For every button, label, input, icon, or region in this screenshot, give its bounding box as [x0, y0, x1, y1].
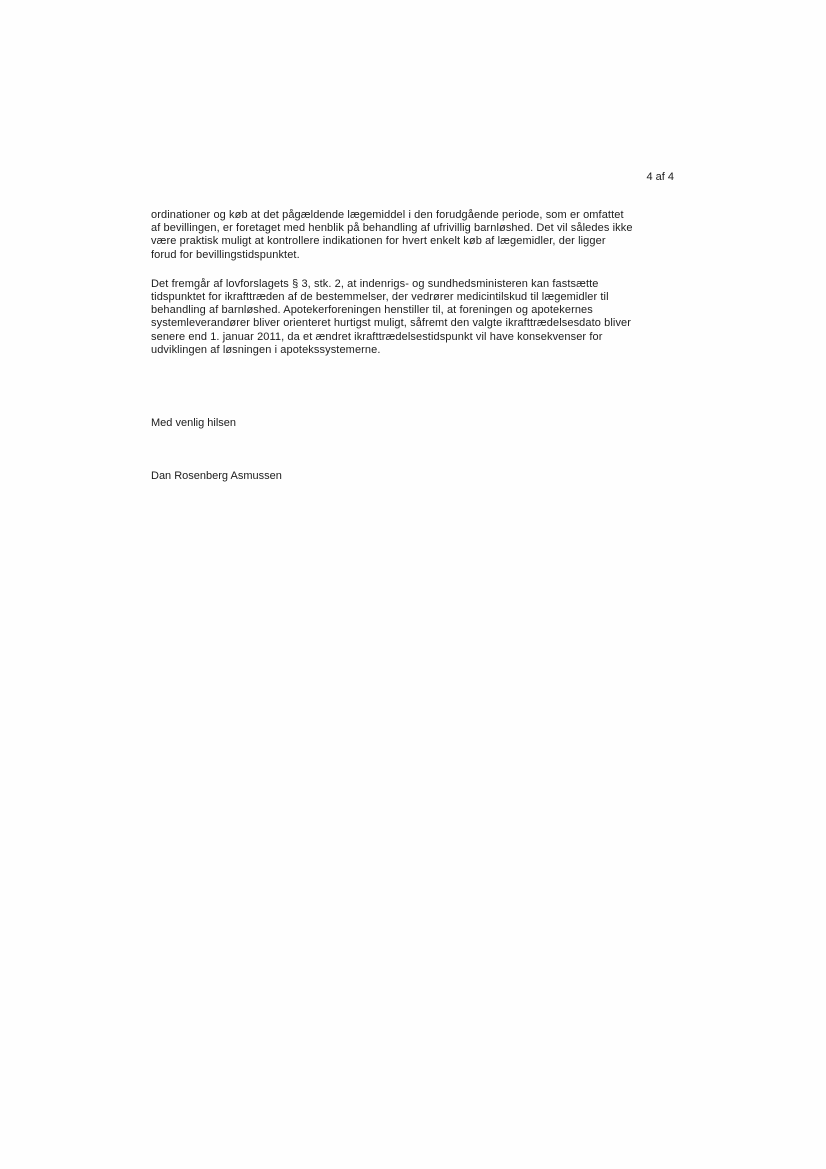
- paragraph: ordinationer og køb at det pågældende læ…: [151, 209, 683, 262]
- scanned-letter-page: 4 af 4 ordinationer og køb at det pågæld…: [0, 0, 826, 1169]
- closing-line: Med venlig hilsen: [151, 417, 683, 430]
- letter-body: ordinationer og køb at det pågældende læ…: [151, 209, 683, 483]
- signature-name: Dan Rosenberg Asmussen: [151, 470, 683, 483]
- paragraph: Det fremgår af lovforslagets § 3, stk. 2…: [151, 278, 683, 357]
- page-number: 4 af 4: [646, 171, 674, 184]
